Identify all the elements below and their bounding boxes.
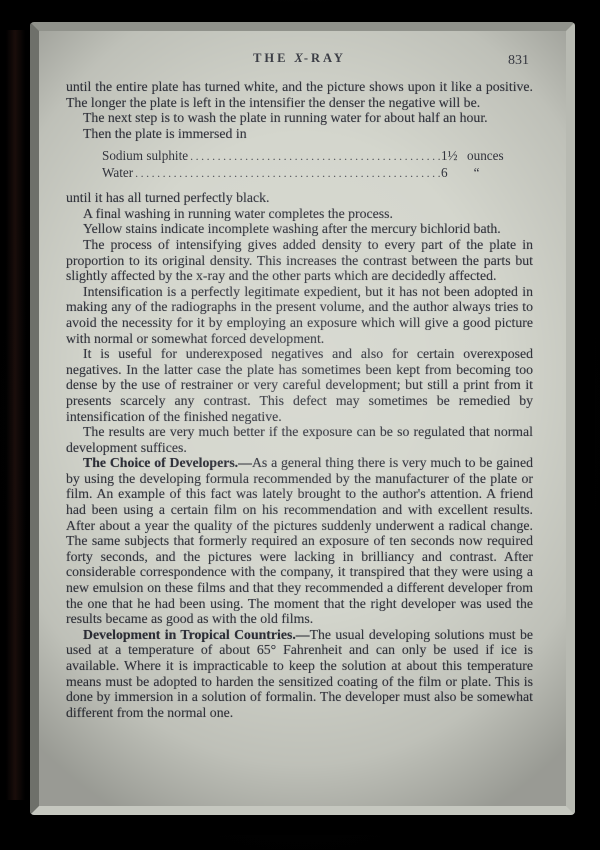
formula-row: Sodium sulphite ........................… (102, 148, 529, 164)
paragraph: Intensification is a perfectly legitimat… (66, 284, 533, 346)
formula-table: Sodium sulphite ........................… (102, 148, 529, 181)
formula-item: Sodium sulphite (102, 148, 188, 163)
paragraph: until the entire plate has turned white,… (66, 79, 533, 110)
formula-ditto-mark: “ (467, 165, 529, 180)
formula-quantity: 1½ (441, 148, 467, 163)
paragraph: The results are very much better if the … (66, 424, 533, 455)
book-page: THEX-RAY 831 until the entire plate has … (30, 22, 575, 815)
title-word-the: THE (253, 51, 288, 65)
photo-background: THEX-RAY 831 until the entire plate has … (0, 0, 600, 850)
section-heading: Development in Tropical Countries.— (83, 627, 310, 642)
formula-row: Water ..................................… (102, 165, 529, 181)
title-word-ray: -RAY (304, 51, 346, 65)
paragraph-text: As a general thing there is very much to… (66, 455, 533, 626)
book-spine-edge (6, 30, 26, 800)
formula-amount: 1½ounces (441, 148, 529, 163)
paragraph: It is useful for underexposed negatives … (66, 346, 533, 424)
formula-amount: 6 “ (441, 165, 529, 180)
section-heading: The Choice of Developers.— (83, 455, 252, 470)
running-head-title: THEX-RAY (66, 51, 533, 66)
leader-dots: ........................................… (133, 166, 441, 181)
page-content: THEX-RAY 831 until the entire plate has … (39, 31, 566, 806)
running-head: THEX-RAY 831 (66, 49, 533, 71)
leader-dots: ........................................… (188, 149, 441, 164)
formula-item: Water (102, 165, 133, 180)
formula-unit: ounces (467, 148, 529, 163)
paragraph: The Choice of Developers.—As a general t… (66, 455, 533, 627)
title-word-x: X (294, 51, 303, 65)
paragraph: Yellow stains indicate incomplete washin… (66, 221, 533, 237)
paragraph: The next step is to wash the plate in ru… (66, 110, 533, 126)
formula-quantity: 6 (441, 165, 467, 180)
paragraph: The process of intensifying gives added … (66, 237, 533, 284)
page-number: 831 (508, 53, 529, 69)
paragraph: Then the plate is immersed in (66, 126, 533, 142)
paragraph: A final washing in running water complet… (66, 206, 533, 222)
paragraph: until it has all turned perfectly black. (66, 190, 533, 206)
paragraph: Development in Tropical Countries.—The u… (66, 627, 533, 721)
